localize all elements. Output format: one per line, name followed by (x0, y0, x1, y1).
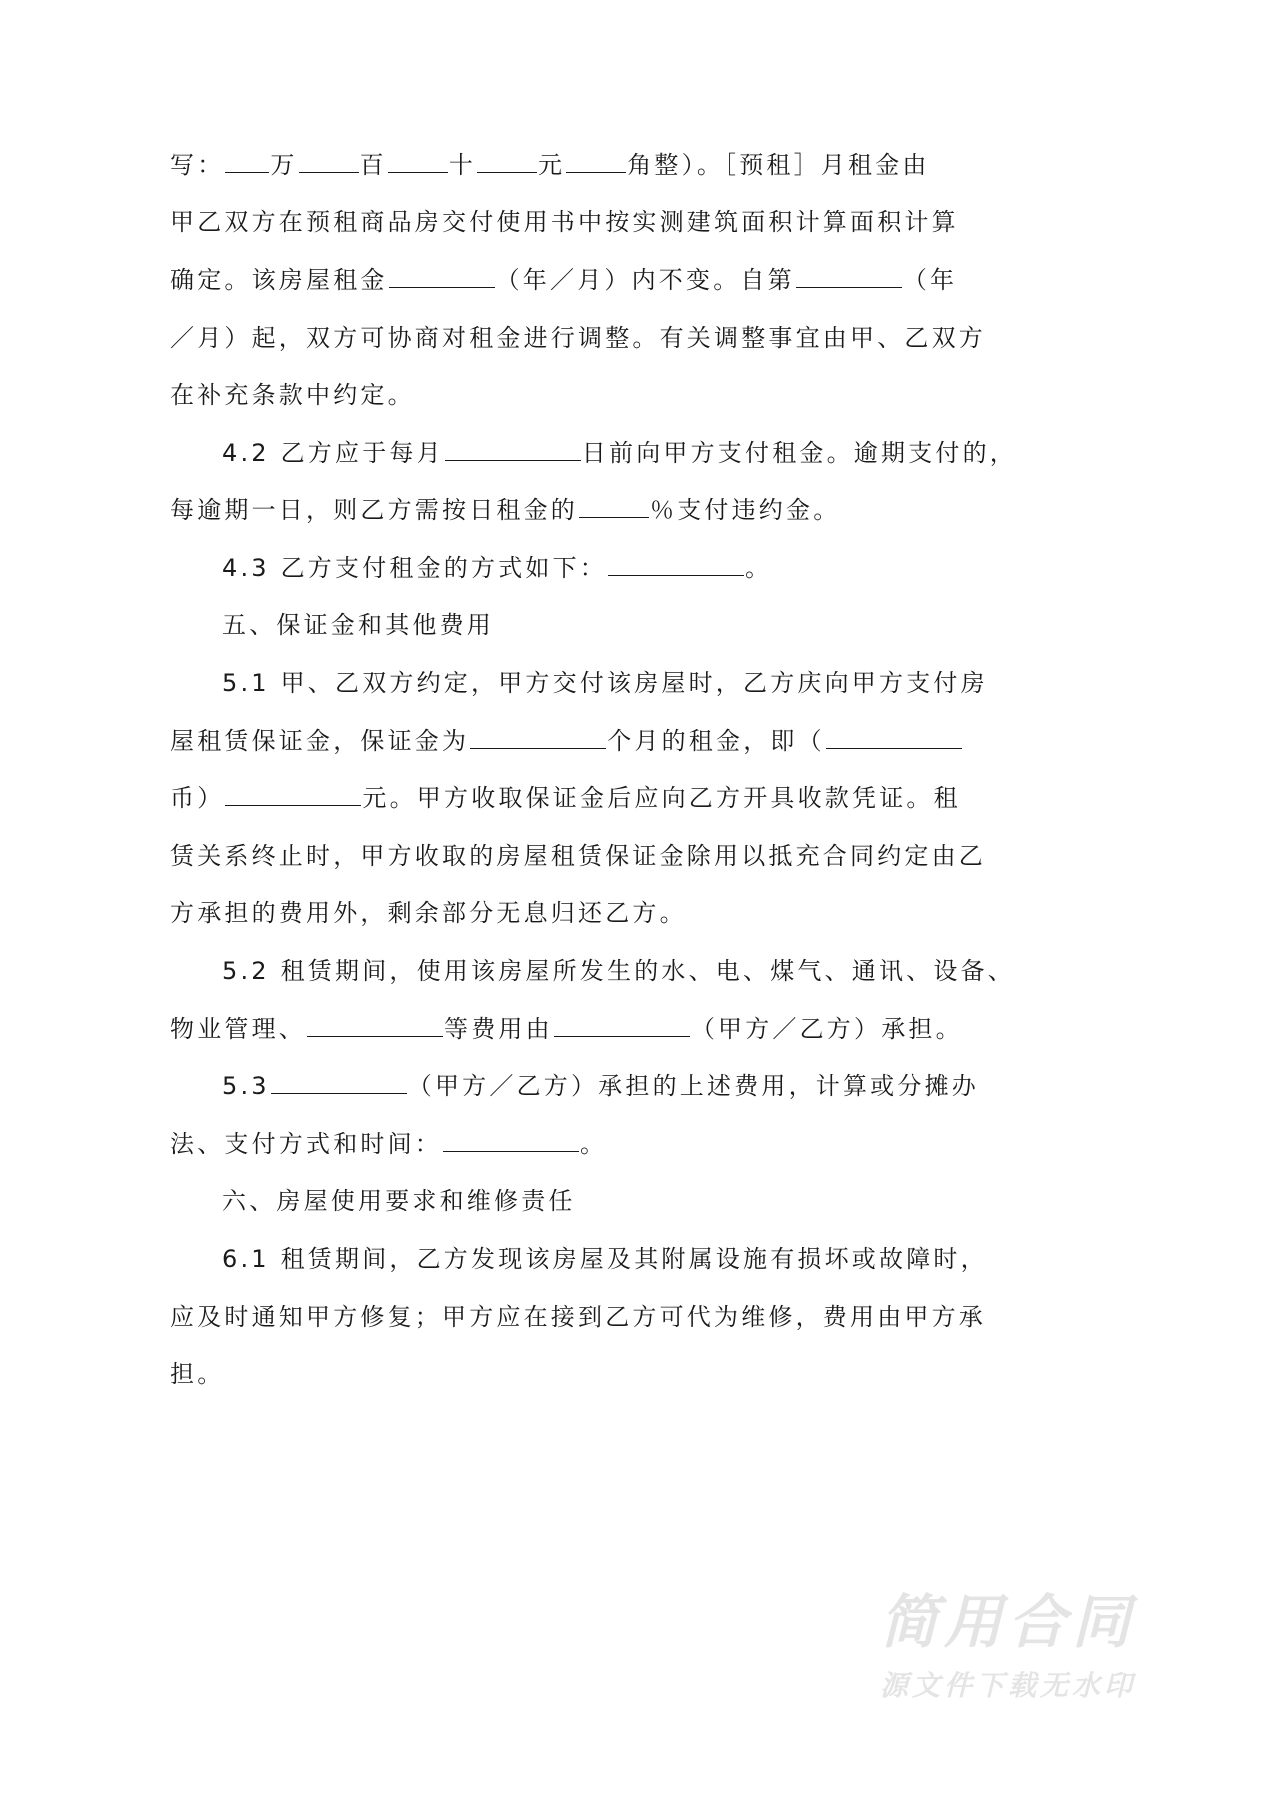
text-line: 确定。该房屋租金（年／月）内不变。自第（年 (170, 265, 957, 295)
text-line: 屋租赁保证金，保证金为个月的租金，即（ (170, 726, 963, 756)
section-heading-5: 五、保证金和其他费用 (222, 610, 494, 640)
blank-field (271, 1071, 407, 1094)
text-line: ／月）起，双方可协商对租金进行调整。有关调整事宜由甲、乙双方 (170, 323, 986, 353)
clause-6-1: 6.1 租赁期间，乙方发现该房屋及其附属设施有损坏或故障时， (222, 1244, 988, 1274)
section-heading-6: 六、房屋使用要求和维修责任 (222, 1186, 576, 1216)
blank-field (307, 1014, 443, 1037)
blank-field (299, 150, 359, 173)
clause-4-3: 4.3 乙方支付租金的方式如下：。 (222, 553, 772, 583)
text-segment: 屋租赁保证金，保证金为 (170, 727, 469, 755)
text-line: 应及时通知甲方修复；甲方应在接到乙方可代为维修，费用由甲方承 (170, 1302, 986, 1332)
text-line: 赁关系终止时，甲方收取的房屋租赁保证金除用以抵充合同约定由乙 (170, 841, 986, 871)
clause-4-2: 4.2 乙方应于每月日前向甲方支付租金。逾期支付的， (222, 438, 1017, 468)
text-segment: 写： (170, 151, 224, 179)
blank-field (826, 726, 962, 749)
text-segment: 。 (580, 1130, 607, 1158)
text-segment: 百 (360, 151, 387, 179)
text-segment: 元。甲方收取保证金后应向乙方开具收款凭证。租 (362, 784, 960, 812)
text-segment: （年／月）内不变。自第 (496, 266, 795, 294)
blank-field (443, 1129, 579, 1152)
text-segment: 每逾期一日，则乙方需按日租金的 (170, 496, 578, 524)
watermark-subtitle: 源文件下载无水印 (880, 1668, 1136, 1704)
text-line: 每逾期一日，则乙方需按日租金的％支付违约金。 (170, 495, 840, 525)
blank-field (579, 495, 649, 518)
watermark-title: 简用合同 (880, 1590, 1136, 1654)
text-segment: 等费用由 (444, 1015, 553, 1043)
text-segment: 确定。该房屋租金 (170, 266, 388, 294)
blank-field (566, 150, 626, 173)
text-segment: 法、支付方式和时间： (170, 1130, 442, 1158)
text-line: 写：万百十元角整）。［预租］月租金由 (170, 150, 930, 180)
text-segment: ％支付违约金。 (650, 496, 840, 524)
text-line: 物业管理、等费用由（甲方／乙方）承担。 (170, 1014, 963, 1044)
text-segment: 。 (745, 554, 772, 582)
text-segment: 4.3 乙方支付租金的方式如下： (222, 554, 607, 582)
clause-5-3: 5.3（甲方／乙方）承担的上述费用，计算或分摊办 (222, 1071, 979, 1101)
text-segment: 日前向甲方支付租金。逾期支付的， (582, 439, 1017, 467)
text-segment: 币） (170, 784, 224, 812)
text-segment: （甲方／乙方）承担的上述费用，计算或分摊办 (408, 1072, 979, 1100)
blank-field (225, 783, 361, 806)
text-line: 担。 (170, 1359, 224, 1389)
clause-5-1: 5.1 甲、乙双方约定，甲方交付该房屋时，乙方庆向甲方支付房 (222, 668, 988, 698)
text-line: 甲乙双方在预租商品房交付使用书中按实测建筑面积计算面积计算 (170, 207, 959, 237)
text-segment: （年 (903, 266, 957, 294)
text-segment: 物业管理、 (170, 1015, 306, 1043)
blank-field (445, 438, 581, 461)
text-segment: 角整）。［预租］月租金由 (627, 151, 929, 179)
text-segment: 个月的租金，即（ (607, 727, 825, 755)
blank-field (554, 1014, 690, 1037)
text-line: 币）元。甲方收取保证金后应向乙方开具收款凭证。租 (170, 783, 961, 813)
blank-field (225, 150, 269, 173)
blank-field (608, 553, 744, 576)
text-segment: （甲方／乙方）承担。 (691, 1015, 963, 1043)
text-segment: 万 (270, 151, 297, 179)
text-segment: 元 (538, 151, 565, 179)
blank-field (796, 265, 902, 288)
text-line: 方承担的费用外，剩余部分无息归还乙方。 (170, 898, 687, 928)
blank-field (477, 150, 537, 173)
blank-field (389, 265, 495, 288)
text-segment: 4.2 乙方应于每月 (222, 439, 444, 467)
watermark: 简用合同 源文件下载无水印 (880, 1590, 1136, 1704)
text-segment: 5.3 (222, 1072, 270, 1100)
text-line: 在补充条款中约定。 (170, 380, 415, 410)
blank-field (470, 726, 606, 749)
text-segment: 十 (449, 151, 476, 179)
clause-5-2: 5.2 租赁期间，使用该房屋所发生的水、电、煤气、通讯、设备、 (222, 956, 1015, 986)
text-line: 法、支付方式和时间：。 (170, 1129, 607, 1159)
blank-field (388, 150, 448, 173)
